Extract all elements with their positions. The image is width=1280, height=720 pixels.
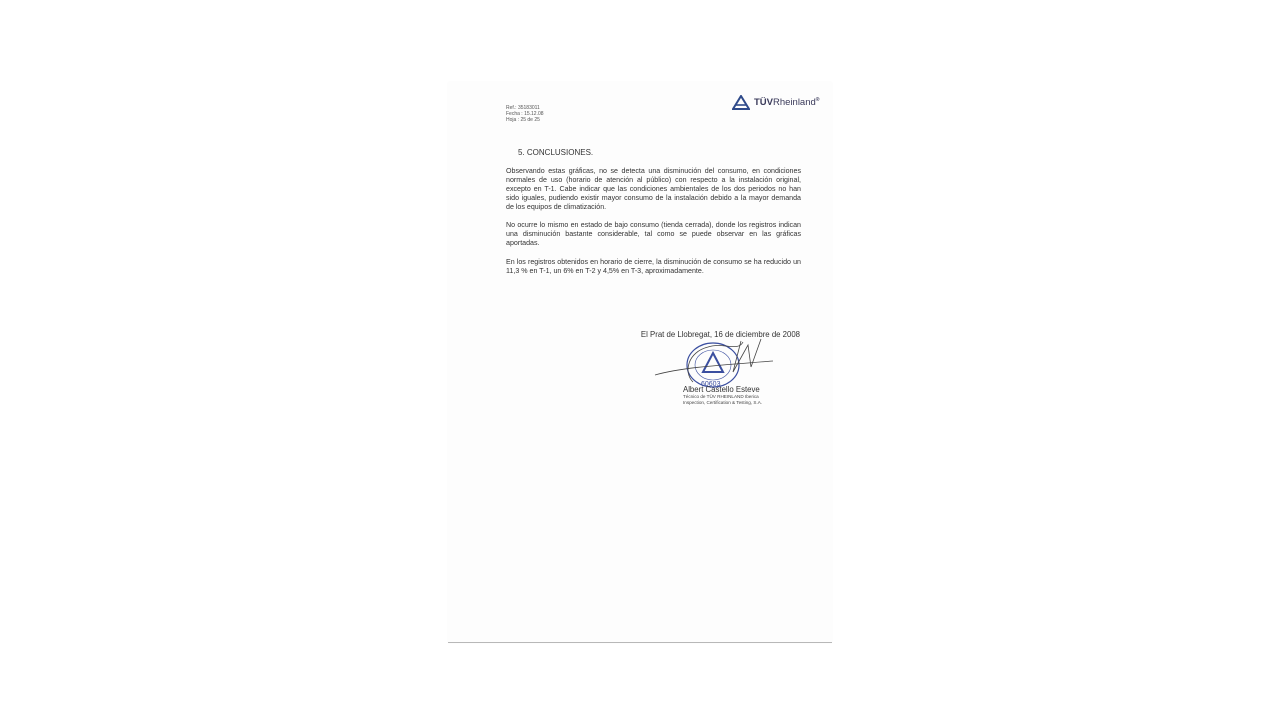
- logo-brand-light: Rheinland: [773, 97, 816, 108]
- document-page: Ref.: 35183011 Fecha : 15.12.08 Hoja : 2…: [448, 82, 832, 643]
- signer-name: Albert Castello Esteve: [683, 385, 760, 394]
- signer-title-line-2: Inspection, Certification & Testing, S.A…: [683, 400, 762, 406]
- triangle-logo-icon: [732, 95, 750, 110]
- signer-title-line-1: Técnico de TÜV RHEINLAND Iberica: [683, 394, 762, 400]
- registered-mark: ®: [816, 97, 820, 103]
- logo-wordmark: TÜVRheinland®: [754, 97, 819, 108]
- signer-title: Técnico de TÜV RHEINLAND Iberica Inspect…: [683, 394, 762, 405]
- document-reference-block: Ref.: 35183011 Fecha : 15.12.08 Hoja : 2…: [506, 105, 544, 123]
- section-title: 5. CONCLUSIONES.: [518, 148, 593, 157]
- logo-brand-bold: TÜV: [754, 97, 773, 108]
- paragraph-3: En los registros obtenidos en horario de…: [506, 258, 801, 276]
- stamp-seal-icon: 60603: [653, 337, 783, 392]
- tuv-rheinland-logo: TÜVRheinland®: [732, 95, 819, 110]
- paragraph-1: Observando estas gráficas, no se detecta…: [506, 167, 801, 212]
- page-count: Hoja : 25 de 25: [506, 117, 544, 123]
- paragraph-2: No ocurre lo mismo en estado de bajo con…: [506, 221, 801, 248]
